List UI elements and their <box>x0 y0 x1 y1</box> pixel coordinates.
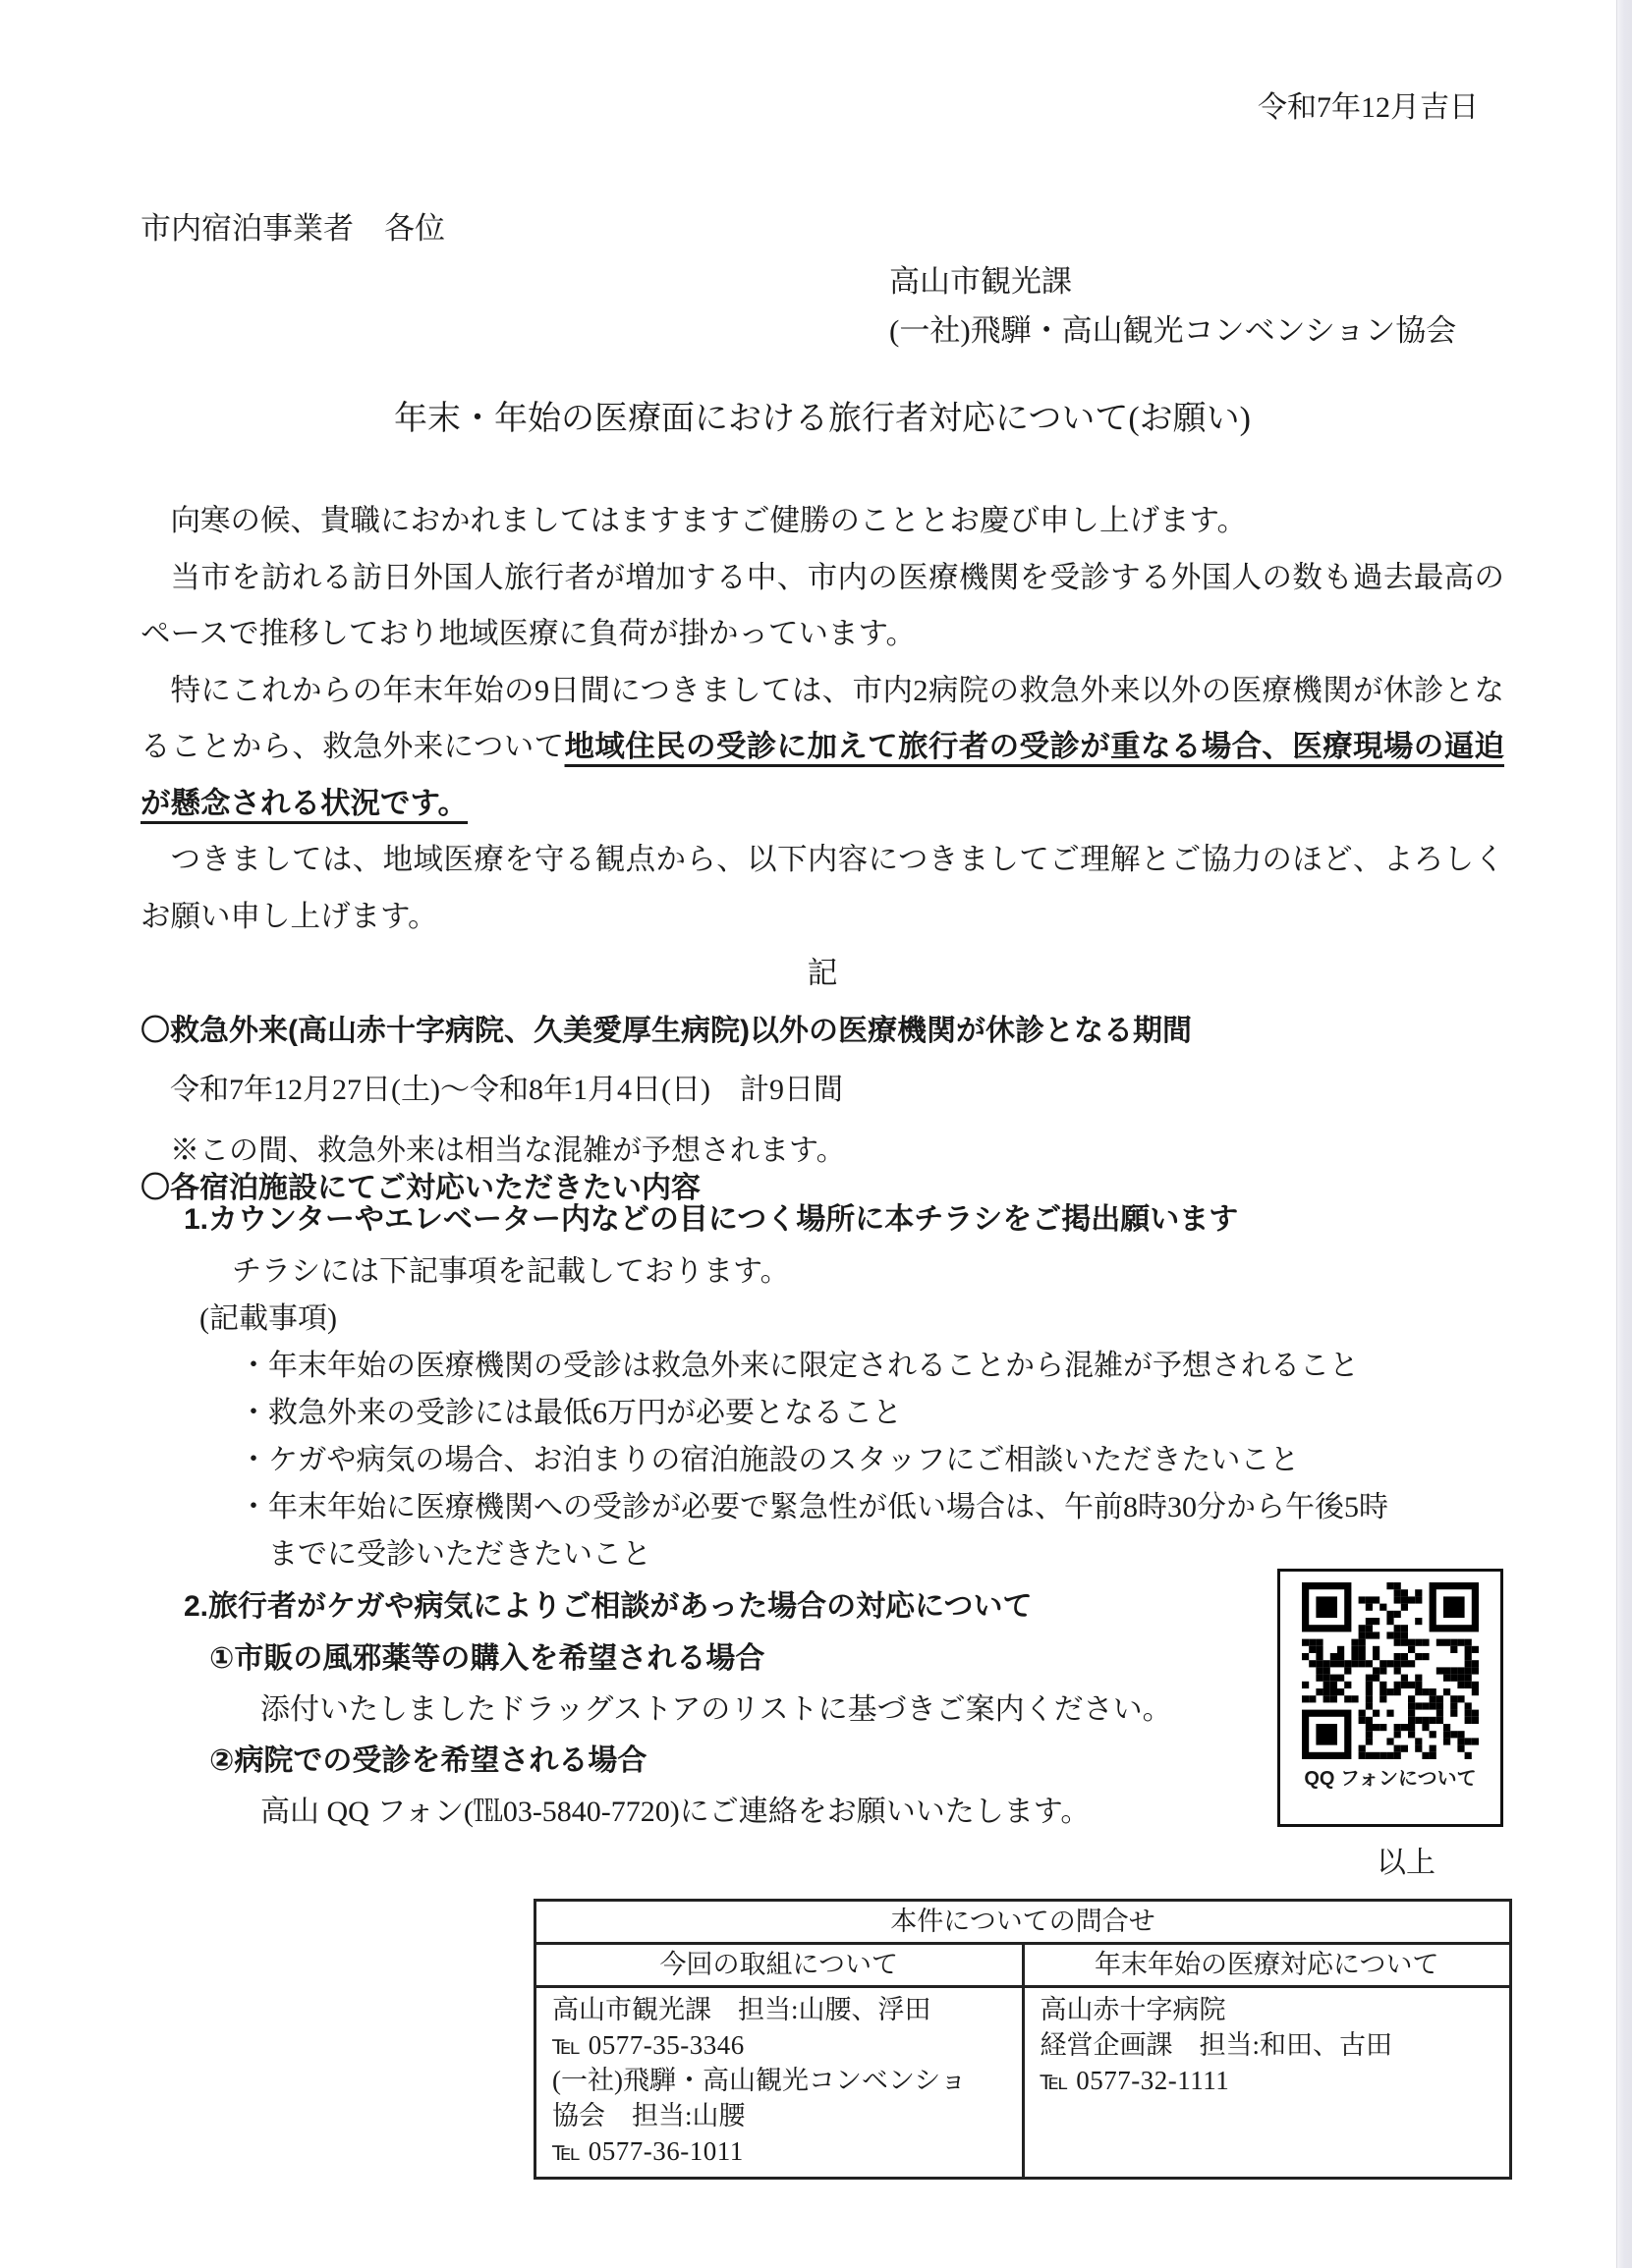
contact-col-medical: 年末年始の医療対応について <box>1023 1944 1511 1987</box>
sender-org-city: 高山市観光課 <box>889 257 1504 306</box>
sender-org-association: (一社)飛騨・高山観光コンベンション協会 <box>889 306 1504 356</box>
contact-left-line-5: ℡ 0577-36-1011 <box>552 2133 1008 2169</box>
closing-ijou: 以上 <box>141 1844 1504 1883</box>
contact-table-title: 本件についての問合せ <box>535 1901 1511 1944</box>
contact-right-line-1: 高山赤十字病院 <box>1041 1992 1496 2027</box>
contact-right-line-3: ℡ 0577-32-1111 <box>1041 2063 1496 2098</box>
scrollbar[interactable] <box>1616 0 1632 2268</box>
paragraph-concern: 特にこれからの年末年始の9日間につきましては、市内2病院の救急外来以外の医療機関… <box>141 663 1504 833</box>
contact-left-line-1: 高山市観光課 担当:山腰、浮田 <box>552 1992 1008 2027</box>
contact-cell-initiative: 高山市観光課 担当:山腰、浮田 ℡ 0577-35-3346 (一社)飛騨・高山… <box>535 1987 1024 2179</box>
contact-cell-medical: 高山赤十字病院 経営企画課 担当:和田、古田 ℡ 0577-32-1111 <box>1023 1987 1511 2179</box>
recipient-line: 市内宿泊事業者 各位 <box>141 212 1504 246</box>
contact-left-line-2: ℡ 0577-35-3346 <box>552 2027 1008 2063</box>
document-title: 年末・年始の医療面における旅行者対応について(お願い) <box>141 391 1504 448</box>
paragraph-greeting: 向寒の候、貴職におかれましてはますますご健勝のこととお慶び申し上げます。 <box>141 493 1504 550</box>
item1-heading: 1.カウンターやエレベーター内などの目につく場所に本チラシをご掲出願います <box>141 1191 1504 1248</box>
flyer-point-3: ・ケガや病気の場合、お泊まりの宿泊施設のスタッフにご相談いただきたいこと <box>141 1437 1504 1484</box>
flyer-point-1: ・年末年始の医療機関の受診は救急外来に限定されることから混雑が予想されること <box>141 1343 1504 1390</box>
qr-code-icon <box>1302 1582 1479 1759</box>
contact-col-initiative: 今回の取組について <box>535 1944 1024 1987</box>
qr-caption: QQ フォンについて <box>1304 1768 1476 1790</box>
ki-marker: 記 <box>141 945 1504 1001</box>
flyer-point-4: ・年末年始に医療機関への受診が必要で緊急性が低い場合は、午前8時30分から午後5… <box>141 1484 1504 1531</box>
closed-period-heading: 〇救急外来(高山赤十字病院、久美愛厚生病院)以外の医療機関が休診となる期間 <box>141 1003 1504 1060</box>
document-content: 令和7年12月吉日 市内宿泊事業者 各位 高山市観光課 (一社)飛騨・高山観光コ… <box>0 0 1632 2268</box>
contact-left-line-3: (一社)飛騨・高山観光コンベンショ <box>552 2063 1008 2098</box>
contact-right-line-2: 経営企画課 担当:和田、古田 <box>1041 2027 1496 2063</box>
item1-note-label: (記載事項) <box>141 1296 1504 1343</box>
date-line: 令和7年12月吉日 <box>141 90 1504 126</box>
sender-block: 高山市観光課 (一社)飛騨・高山観光コンベンション協会 <box>889 257 1504 356</box>
paragraph-background: 当市を訪れる訪日外国人旅行者が増加する中、市内の医療機関を受診する外国人の数も過… <box>141 550 1504 663</box>
contact-table-title-row: 本件についての問合せ <box>535 1901 1511 1944</box>
paragraph-request: つきましては、地域医療を守る観点から、以下内容につきましてご理解とご協力のほど、… <box>141 832 1504 945</box>
closed-period-dates: 令和7年12月27日(土)〜令和8年1月4日(日) 計9日間 <box>141 1060 1504 1121</box>
contact-table: 本件についての問合せ 今回の取組について 年末年始の医療対応について 高山市観光… <box>534 1899 1512 2180</box>
contact-left-line-4: 協会 担当:山腰 <box>552 2098 1008 2133</box>
qr-code-box: QQ フォンについて <box>1277 1569 1503 1827</box>
contact-table-header-row: 今回の取組について 年末年始の医療対応について <box>535 1944 1511 1987</box>
contact-table-body-row: 高山市観光課 担当:山腰、浮田 ℡ 0577-35-3346 (一社)飛騨・高山… <box>535 1987 1511 2179</box>
item1-lead: チラシには下記事項を記載しております。 <box>141 1248 1504 1296</box>
document-page: 令和7年12月吉日 市内宿泊事業者 各位 高山市観光課 (一社)飛騨・高山観光コ… <box>0 0 1632 2268</box>
flyer-point-2: ・救急外来の受診には最低6万円が必要となること <box>141 1390 1504 1437</box>
